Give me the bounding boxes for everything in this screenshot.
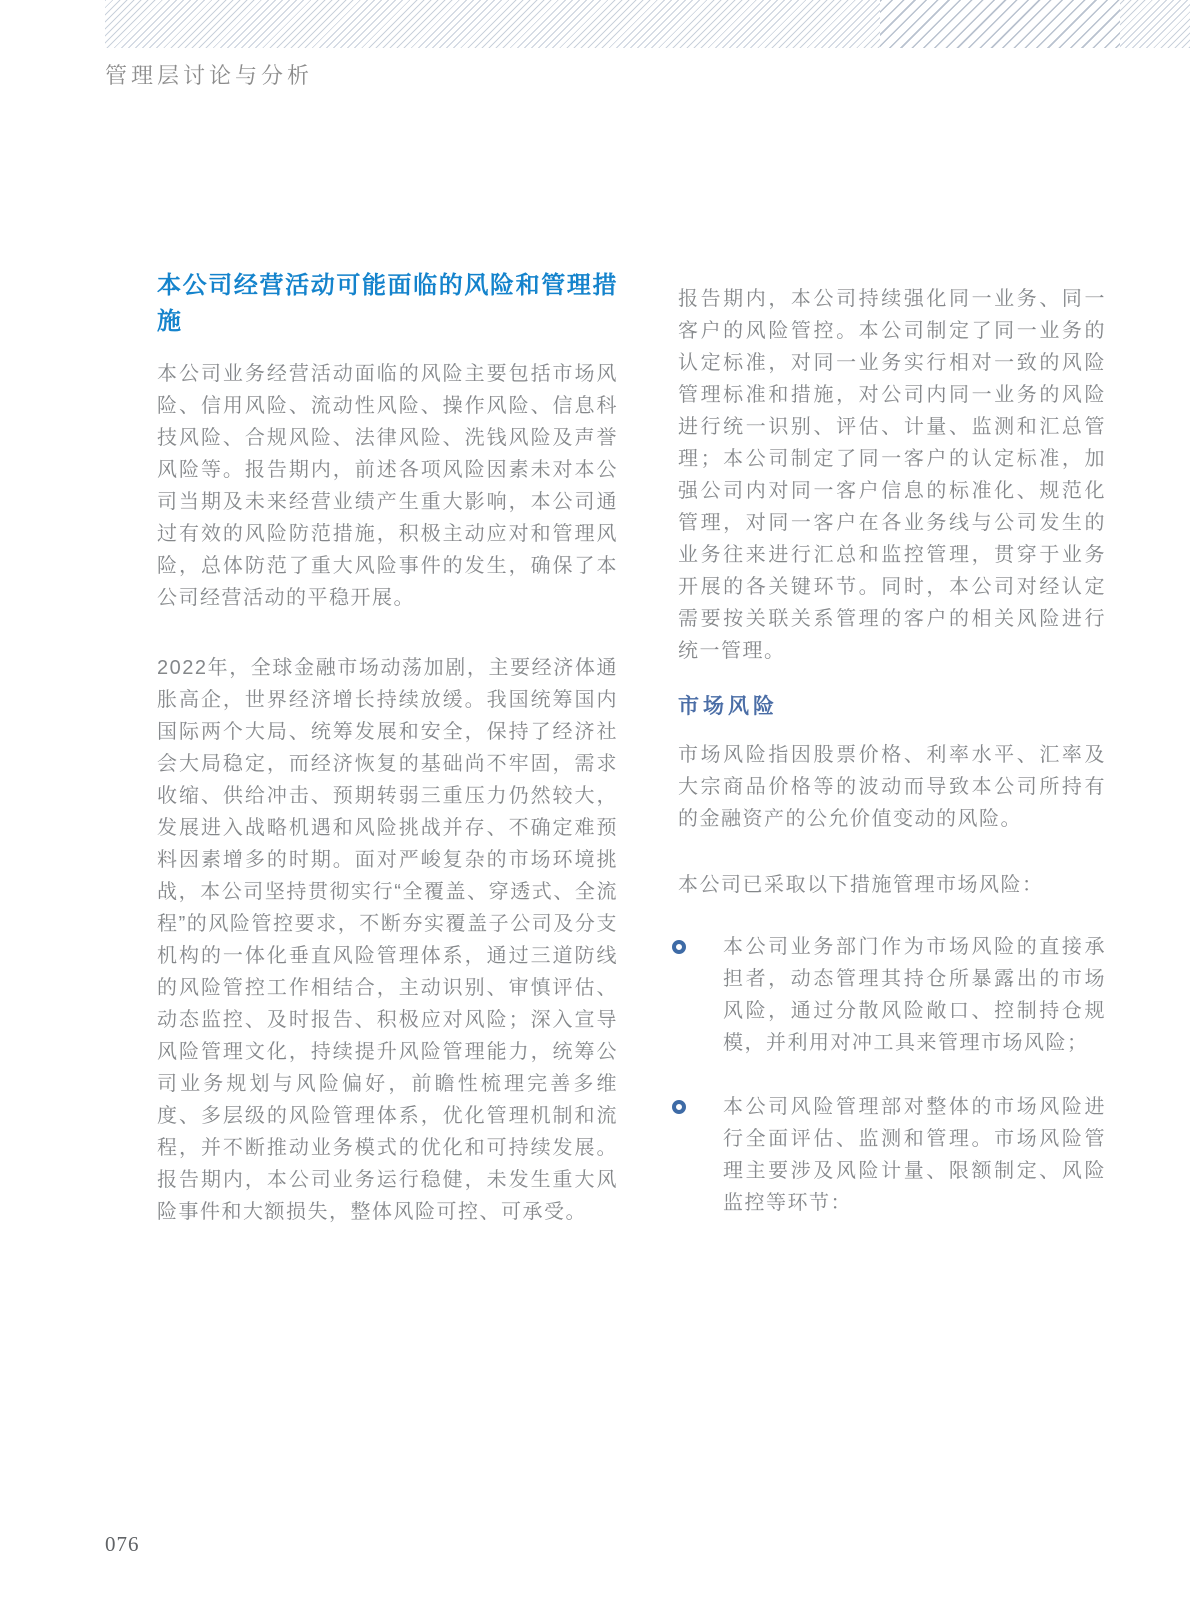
hatch-pattern-banner (105, 0, 1190, 48)
report-section-header: 管理层讨论与分析 (105, 62, 313, 90)
list-item: 本公司业务部门作为市场风险的直接承担者，动态管理其持仓所暴露出的市场风险，通过分… (678, 931, 1106, 1059)
market-environment-paragraph: 2022年，全球金融市场动荡加剧，主要经济体通胀高企，世界经济增长持续放缓。我国… (157, 652, 618, 1228)
risk-overview-paragraph: 本公司业务经营活动面临的风险主要包括市场风险、信用风险、流动性风险、操作风险、信… (157, 358, 618, 614)
right-column: 报告期内，本公司持续强化同一业务、同一客户的风险管控。本公司制定了同一业务的认定… (678, 283, 1106, 1219)
hatch-pattern-dense-area (880, 0, 1120, 48)
left-column: 本公司经营活动可能面临的风险和管理措施 本公司业务经营活动面临的风险主要包括市场… (157, 268, 618, 1228)
list-item: 本公司风险管理部对整体的市场风险进行全面评估、监测和管理。市场风险管理主要涉及风… (678, 1091, 1106, 1219)
market-risk-definition-paragraph: 市场风险指因股票价格、利率水平、汇率及大宗商品价格等的波动而导致本公司所持有的金… (678, 739, 1106, 835)
report-page: 管理层讨论与分析 本公司经营活动可能面临的风险和管理措施 本公司业务经营活动面临… (0, 0, 1190, 1615)
ring-bullet-icon (672, 1100, 686, 1114)
market-risk-heading: 市场风险 (678, 692, 1106, 722)
page-number: 076 (105, 1532, 140, 1557)
unified-business-client-paragraph: 报告期内，本公司持续强化同一业务、同一客户的风险管控。本公司制定了同一业务的认定… (678, 283, 1106, 667)
risk-management-heading: 本公司经营活动可能面临的风险和管理措施 (157, 268, 618, 340)
ring-bullet-icon (672, 940, 686, 954)
market-risk-measures-lead: 本公司已采取以下措施管理市场风险： (678, 869, 1106, 901)
list-item-text: 本公司业务部门作为市场风险的直接承担者，动态管理其持仓所暴露出的市场风险，通过分… (723, 936, 1106, 1054)
market-risk-measures-list: 本公司业务部门作为市场风险的直接承担者，动态管理其持仓所暴露出的市场风险，通过分… (678, 931, 1106, 1219)
list-item-text: 本公司风险管理部对整体的市场风险进行全面评估、监测和管理。市场风险管理主要涉及风… (723, 1096, 1106, 1214)
